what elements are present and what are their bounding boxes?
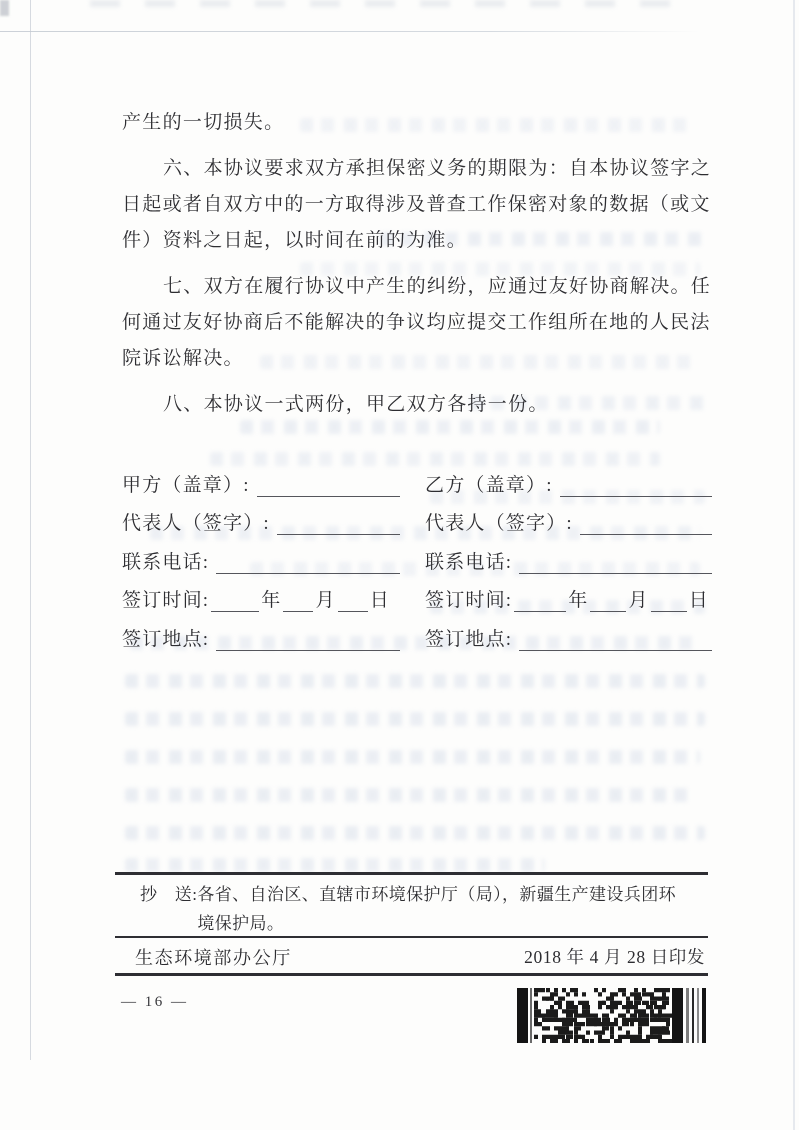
party-a-day-blank-line: [338, 589, 368, 612]
party-a-month-blank-line: [283, 589, 313, 612]
party-b-seal-label: 乙方（盖章）:: [425, 474, 553, 497]
party-b-phone-blank-line: [519, 551, 712, 574]
bleedthrough-smudge: [125, 858, 545, 872]
scan-edge-horizontal-line: [0, 31, 700, 32]
party-b-day-blank-line: [651, 589, 687, 612]
party-a-month-label: 月: [315, 589, 335, 612]
party-b-place-blank-line: [519, 628, 712, 651]
party-b-phone-label: 联系电话:: [425, 551, 512, 574]
party-a-day-label: 日: [370, 589, 390, 612]
signature-row-date: 签订时间: 年 月 日 签订时间: 年 月 日: [122, 578, 714, 617]
footer-rule-bottom: [115, 973, 708, 976]
party-b-month-label: 月: [628, 589, 648, 612]
party-a-year-label: 年: [261, 589, 281, 612]
scanned-document-page: 产生的一切损失。 六、本协议要求双方承担保密义务的期限为：自本协议签字之 日起或…: [0, 0, 799, 1130]
signature-row-place: 签订地点: 签订地点:: [122, 616, 714, 655]
signature-block: 甲方（盖章）: 乙方（盖章）: 代表人（签字）: 代表人（签字）: 联系电话:: [122, 462, 714, 655]
party-a-representative-blank-line: [277, 512, 400, 535]
party-a-seal-label: 甲方（盖章）:: [122, 474, 250, 497]
party-a-phone-blank-line: [216, 551, 400, 574]
party-a-seal-blank-line: [257, 474, 400, 497]
footer-rule-top: [115, 872, 708, 875]
footer-rule-middle: [115, 936, 708, 938]
paragraph-clause-7: 七、双方在履行协议中产生的纠纷，应通过友好协商解决。任 何通过友好协商后不能解决…: [122, 269, 712, 377]
bleedthrough-smudge: [125, 712, 705, 726]
scan-edge-vertical-line: [30, 0, 31, 1060]
signature-row-representative: 代表人（签字）: 代表人（签字）:: [122, 501, 714, 540]
party-a-sign-time-label: 签订时间:: [122, 589, 209, 612]
cc-label: 抄 送:: [140, 880, 197, 938]
party-b-year-label: 年: [568, 589, 588, 612]
barcode: [517, 988, 710, 1043]
bleedthrough-smudge: [125, 750, 700, 764]
issuer-office: 生态环境部办公厅: [135, 944, 292, 970]
party-b-representative-blank-line: [580, 512, 712, 535]
cc-row: 抄 送: 各省、自治区、直辖市环境保护厅（局），新疆生产建设兵团环 境保护局。: [140, 880, 702, 938]
cc-text: 各省、自治区、直辖市环境保护厅（局），新疆生产建设兵团环 境保护局。: [197, 880, 676, 938]
party-a-representative-label: 代表人（签字）:: [122, 512, 270, 535]
print-date: 2018 年 4 月 28 日印发: [524, 944, 705, 969]
party-b-year-blank-line: [514, 589, 566, 612]
party-a-year-blank-line: [211, 589, 259, 612]
scan-corner-artifact: [0, 0, 9, 16]
party-b-place-label: 签订地点:: [425, 628, 512, 651]
issuer-row: 生态环境部办公厅 2018 年 4 月 28 日印发: [135, 941, 705, 972]
paragraph-continuation: 产生的一切损失。: [122, 105, 712, 141]
scan-edge-right-line: [793, 0, 795, 1130]
bleedthrough-smudge: [125, 826, 705, 840]
scan-top-smudge: [90, 0, 690, 7]
signature-row-seal: 甲方（盖章）: 乙方（盖章）:: [122, 462, 714, 501]
party-b-representative-label: 代表人（签字）:: [425, 512, 573, 535]
page-number: — 16 —: [121, 994, 189, 1011]
paragraph-clause-6: 六、本协议要求双方承担保密义务的期限为：自本协议签字之 日起或者自双方中的一方取…: [122, 151, 712, 259]
bleedthrough-smudge: [125, 788, 695, 802]
bleedthrough-smudge: [125, 674, 705, 688]
signature-row-phone: 联系电话: 联系电话:: [122, 539, 714, 578]
party-b-day-label: 日: [689, 589, 709, 612]
party-a-place-blank-line: [216, 628, 400, 651]
party-b-seal-blank-line: [560, 474, 712, 497]
party-a-phone-label: 联系电话:: [122, 551, 209, 574]
party-a-place-label: 签订地点:: [122, 628, 209, 651]
paragraph-clause-8: 八、本协议一式两份，甲乙双方各持一份。: [122, 387, 712, 423]
party-b-month-blank-line: [590, 589, 626, 612]
party-b-sign-time-label: 签订时间:: [425, 589, 512, 612]
document-body: 产生的一切损失。 六、本协议要求双方承担保密义务的期限为：自本协议签字之 日起或…: [122, 105, 712, 423]
